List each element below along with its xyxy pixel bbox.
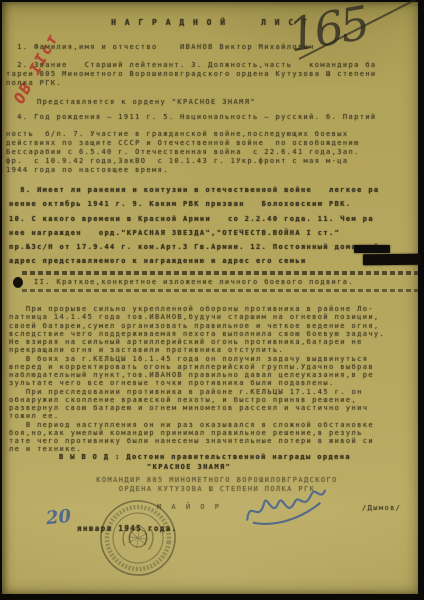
field-service-record: 8. Имеет ли ранения и контузии в отечест… xyxy=(9,183,380,269)
round-seal-stamp xyxy=(98,498,178,578)
commander-name: /Дымов/ xyxy=(362,504,401,513)
ink-signature xyxy=(242,488,332,528)
conclusion-award-name: "КРАСНОЕ ЗНАМЯ" xyxy=(147,463,231,472)
feat-description: При прорыве сильно укрепленной обороны п… xyxy=(9,305,385,454)
redaction-box-2 xyxy=(363,254,421,266)
dashed-separator-bottom xyxy=(22,289,418,292)
dashed-separator-top xyxy=(22,271,418,275)
handwritten-day: 20 xyxy=(45,506,72,530)
typed-date: января 1945 года. xyxy=(77,524,178,533)
handwritten-case-number: 165 xyxy=(284,0,371,62)
conclusion-verdict: В Ы В О Д : Достоин правительственной на… xyxy=(59,453,351,462)
section-heading: II. Краткое,конкретное изложение личного… xyxy=(34,278,354,287)
field-bio-first-line: 4. Год рождения – 1911 г. 5. Национально… xyxy=(6,113,377,122)
field-rank-position: 2. Звание Старший лейтенант. 3. Должност… xyxy=(6,61,377,88)
field-bio-rest: ность б/п. 7. Участие в гражданской войн… xyxy=(6,130,360,175)
paper-sheet: ОВ IIст 165 Н А Г Р А Д Н О Й Л И С Т 1.… xyxy=(2,2,418,594)
document-title: Н А Г Р А Д Н О Й Л И С Т xyxy=(2,18,418,27)
scanned-award-document: ОВ IIст 165 Н А Г Р А Д Н О Й Л И С Т 1.… xyxy=(0,0,424,600)
presented-to-line: Представляется к ордену "КРАСНОЕ ЗНАМЯ" xyxy=(37,98,256,107)
field-surname-line: 1. Фамилия,имя и отчество ИВАНОВ Виктор … xyxy=(6,43,315,52)
redaction-box-1 xyxy=(354,245,390,253)
commander-title-lines: КОМАНДИР 805 МИНОМЕТНОГО ВОРОШИЛОВГРАДСК… xyxy=(52,476,382,493)
hole-punch-dot xyxy=(13,277,23,288)
